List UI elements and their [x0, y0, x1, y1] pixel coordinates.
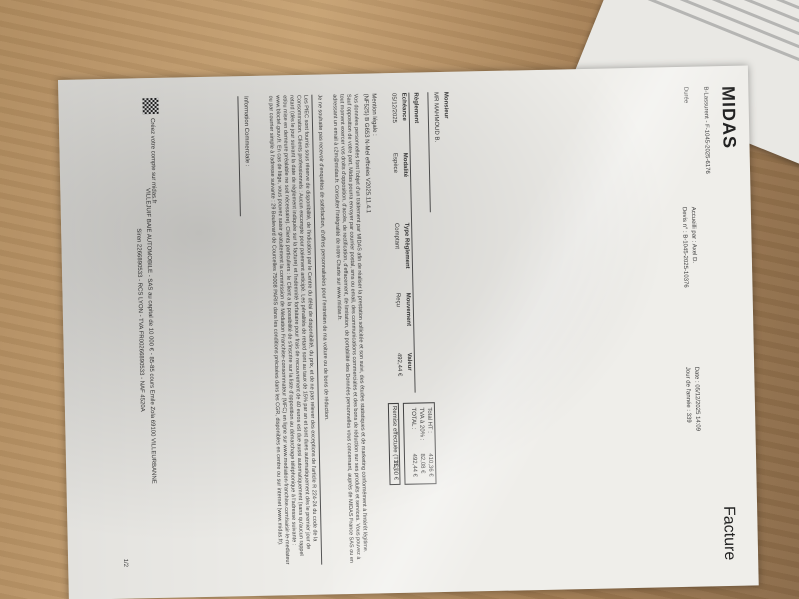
customer-name: MR MAHMOUD B.	[432, 92, 439, 142]
customer-heading: Monsieur	[442, 92, 449, 119]
discount-box: Remise effectuée (TTC) : 35,00 €	[388, 403, 401, 485]
totals-box: Total HT : 410,36 € TVA à 20% : 82,08 € …	[403, 402, 437, 485]
optout-text: Je ne souhaite pas recevoir d'enquêtes d…	[315, 94, 332, 564]
payment-valeur: 492,44 €	[396, 353, 402, 376]
midas-logo: MIDAS	[717, 86, 739, 149]
devis-number: Devis n° : B-1045-2025-10376	[681, 207, 689, 288]
tva-value: 82,08 €	[419, 453, 425, 473]
payment-modalite: Espèce	[392, 153, 398, 173]
total-label: TOTAL :	[410, 408, 416, 430]
invoice-date: Date : 05/12/2025 14:09	[693, 367, 700, 432]
col-modalite: Modalité	[402, 153, 409, 177]
accueil-by: Accueilli par : Axel D.	[690, 207, 697, 263]
col-mouvement: Mouvement	[405, 293, 412, 326]
total-ht-value: 410,36 €	[427, 453, 433, 476]
mention-heading: Mention légale :	[370, 93, 377, 135]
duration-label: Durée	[682, 87, 688, 103]
document-title: Facture	[719, 506, 738, 561]
payment-type: Comptant	[393, 223, 400, 249]
day-of-year: Jour de l'année : 339	[684, 367, 691, 423]
invoice-paper: MIDAS Facture Date : 05/12/2025 14:09 Jo…	[58, 66, 759, 599]
payment-mouvement: Reçu	[395, 293, 401, 307]
page-number: 1/2	[122, 559, 128, 567]
col-valeur: Valeur	[406, 353, 412, 371]
info-heading: Information Commerciale :	[242, 96, 249, 166]
company-ids: Siren 2266890533 - RCS LYON - TVA FR0026…	[135, 228, 145, 412]
payment-echeance: 05/12/2025	[390, 93, 397, 123]
mention-line: (NF525) B G653 N-Mel effcées V2025.11.4.…	[362, 94, 371, 214]
privacy-text: Vos données personnelles font l'objet d'…	[330, 94, 368, 564]
payment-heading: Règlement	[412, 92, 419, 123]
total-value: 492,44 €	[411, 454, 417, 477]
col-echeance: Echéance	[400, 93, 407, 121]
invoice-content: MIDAS Facture Date : 05/12/2025 14:09 Jo…	[58, 66, 759, 599]
qr-code	[142, 98, 158, 114]
total-ht-label: Total HT :	[426, 407, 433, 433]
company-info: VILLEJUIF BAIE AUTOMOBILE - SAS au capit…	[144, 188, 156, 484]
invoice-reference: B-Lassurent - F-1045-2025-6176	[702, 86, 710, 173]
discount-value: 35,00 €	[392, 460, 398, 480]
terms-text: Les PIEC sont fournis sous réserve de di…	[266, 95, 318, 566]
col-type: Type Règlement	[403, 223, 410, 269]
tva-label: TVA à 20% :	[418, 407, 425, 440]
